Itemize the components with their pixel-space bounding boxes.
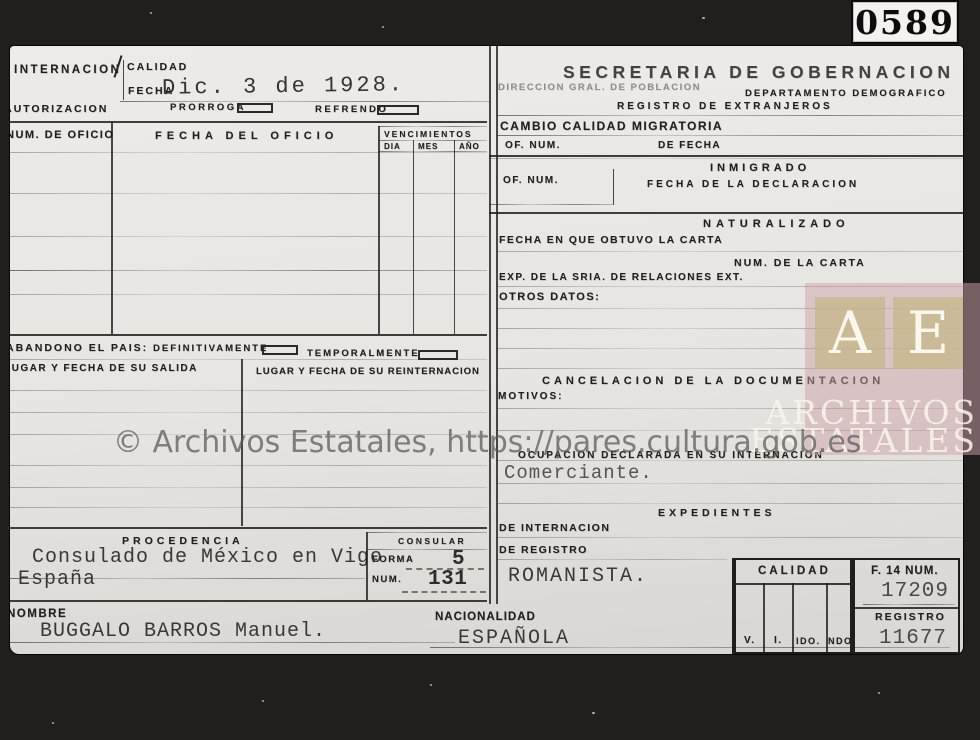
ruled-line [10, 600, 487, 602]
archive-watermark: © Archivos Estatales, https://pares.cult… [113, 425, 861, 460]
ruled-line [497, 503, 963, 504]
ruled-line [489, 212, 963, 214]
fecha-oficio-label: FECHA DEL OFICIO [155, 130, 338, 142]
de-internacion-label: DE INTERNACION [499, 522, 610, 534]
ruled-line [497, 537, 963, 538]
vertical-line [378, 126, 380, 334]
de-registro-label: DE REGISTRO [499, 544, 588, 556]
center-divider-line [496, 46, 498, 604]
procedencia-value-line1: Consulado de México en Vigo [32, 546, 383, 569]
ruled-line [497, 135, 963, 136]
ruled-line [10, 334, 487, 336]
page-number: 0589 [855, 3, 955, 42]
logo-letter-e-tile: E [893, 297, 963, 369]
num-label: NUM. [372, 574, 402, 585]
ruled-line [10, 193, 487, 194]
abandono-label: ABANDONO EL PAIS: [10, 342, 148, 354]
fecha-declaracion-label: FECHA DE LA DECLARACION [647, 179, 859, 190]
ruled-line [855, 607, 959, 609]
forma-label: FORMA [372, 554, 414, 565]
film-speck [430, 684, 432, 686]
of-num-1-label: OF. NUM. [505, 140, 561, 151]
ruled-line [497, 251, 963, 252]
venc-col-mes: MES [418, 142, 438, 151]
ruled-line [10, 527, 487, 529]
ruled-line [378, 140, 487, 141]
registro-num: 11677 [879, 627, 947, 650]
nombre-value: BUGGALO BARROS Manuel. [40, 620, 326, 643]
dotted-line [402, 591, 486, 593]
film-speck [702, 17, 705, 19]
definitivamente-checkbox [262, 345, 298, 355]
f14-value: 17209 [881, 580, 949, 603]
num-oficio-label: NUM. DE OFICIO [10, 129, 114, 141]
film-speck [52, 722, 54, 724]
ruled-line [10, 294, 487, 295]
ocupacion-value: Comerciante. [504, 462, 653, 484]
ruled-line [863, 604, 955, 605]
ruled-line [10, 465, 487, 466]
prorroga-label: PRORROGA [170, 102, 246, 113]
film-background: 0589 INTERNACION CALIDAD FECHA Dic. 3 de… [0, 0, 980, 740]
calidad-col-i: I. [774, 635, 783, 646]
registro-extranjeros-label: REGISTRO DE EXTRANJEROS [617, 101, 833, 112]
direccion-label: DIRECCION GRAL. DE POBLACION [498, 82, 701, 93]
ruled-line [10, 270, 487, 271]
temporalmente-label: TEMPORALMENTE [307, 348, 420, 359]
vertical-line [123, 60, 124, 100]
secretaria-title: SECRETARIA DE GOBERNACION [563, 62, 955, 83]
ruled-line [10, 578, 365, 579]
consular-label: CONSULAR [398, 536, 466, 546]
logo-letter-a-tile: A [815, 297, 885, 369]
ruled-line [10, 507, 487, 508]
film-speck [262, 700, 264, 702]
vencimientos-label: VENCIMIENTOS [384, 129, 473, 139]
film-speck [150, 12, 152, 14]
expedientes-title: EXPEDIENTES [658, 507, 776, 519]
fecha-carta-label: FECHA EN QUE OBTUVO LA CARTA [499, 234, 723, 246]
ruled-line [10, 359, 487, 360]
ruled-line [10, 487, 487, 488]
cambio-calidad-label: CAMBIO CALIDAD MIGRATORIA [500, 119, 723, 133]
f14-registro-box: F. 14 NUM. 17209 REGISTRO 11677 [852, 558, 960, 654]
vertical-line [111, 122, 113, 334]
vertical-line [792, 583, 794, 652]
de-fecha-label: DE FECHA [658, 140, 721, 151]
page-number-box: 0589 [853, 2, 957, 42]
vertical-line [413, 140, 414, 334]
definitivamente-label: DEFINITIVAMENTE [153, 343, 268, 354]
calidad-box-title: CALIDAD [758, 565, 831, 577]
film-speck [878, 692, 880, 694]
exp-sria-label: EXP. DE LA SRIA. DE RELACIONES EXT. [499, 272, 744, 283]
registro-value: ROMANISTA. [508, 565, 648, 588]
ruled-line [10, 642, 455, 643]
nombre-label: NOMBRE [10, 608, 67, 620]
venc-col-ano: AÑO [459, 142, 480, 151]
calidad-col-v: V. [744, 635, 756, 646]
ruled-line [489, 155, 963, 157]
vertical-line [454, 140, 455, 334]
vertical-line [763, 583, 765, 652]
departamento-label: DEPARTAMENTO DEMOGRAFICO [745, 88, 947, 99]
ruled-line [497, 483, 963, 484]
registro-label: REGISTRO [875, 611, 946, 623]
film-speck [382, 26, 384, 28]
calidad-col-ndo: NDO [828, 636, 853, 646]
ruled-line [10, 412, 487, 413]
inmigrado-title: INMIGRADO [710, 162, 810, 174]
ruled-line [10, 152, 487, 153]
internacion-label: INTERNACION [14, 64, 121, 76]
film-speck [592, 712, 595, 714]
fecha-value: Dic. 3 de 1928. [162, 72, 405, 100]
reinternacion-label: LUGAR Y FECHA DE SU REINTERNACION [256, 366, 480, 377]
motivos-label: MOTIVOS: [498, 391, 563, 402]
vertical-line [613, 169, 614, 205]
center-divider-line [489, 46, 491, 604]
naturalizado-title: NATURALIZADO [703, 218, 850, 230]
num-carta-label: NUM. DE LA CARTA [734, 257, 866, 269]
ruled-line [378, 126, 487, 127]
venc-col-dia: DIA [384, 142, 401, 151]
calidad-label: CALIDAD [127, 61, 188, 73]
ruled-line [497, 115, 963, 116]
ruled-line [736, 583, 852, 585]
ruled-line [366, 549, 487, 550]
f14-label: F. 14 NUM. [871, 565, 939, 577]
ruled-line [366, 532, 487, 533]
prorroga-checkbox [237, 103, 273, 113]
ruled-line [497, 559, 727, 560]
logo-letter-a: A [829, 304, 871, 362]
otros-datos-label: OTROS DATOS: [499, 291, 600, 303]
ruled-line [497, 460, 963, 461]
logo-letter-e: E [907, 304, 949, 362]
vertical-line [366, 532, 368, 600]
of-num-2-label: OF. NUM. [503, 175, 559, 186]
ruled-line [489, 204, 613, 205]
refrendo-checkbox [377, 105, 419, 115]
procedencia-value-line2: España [18, 568, 96, 591]
salida-label: LUGAR Y FECHA DE SU SALIDA [10, 363, 198, 374]
calidad-col-ido: IDO. [796, 636, 821, 646]
ruled-line [489, 158, 963, 159]
ruled-line [10, 121, 487, 123]
ruled-line [10, 390, 487, 391]
num-value: 131 [428, 568, 467, 591]
calidad-box: CALIDAD V. I. IDO. NDO [732, 558, 852, 654]
ruled-line [10, 236, 487, 237]
nacionalidad-label: NACIONALIDAD [435, 611, 536, 623]
autorizacion-label: AUTORIZACION [10, 103, 108, 115]
